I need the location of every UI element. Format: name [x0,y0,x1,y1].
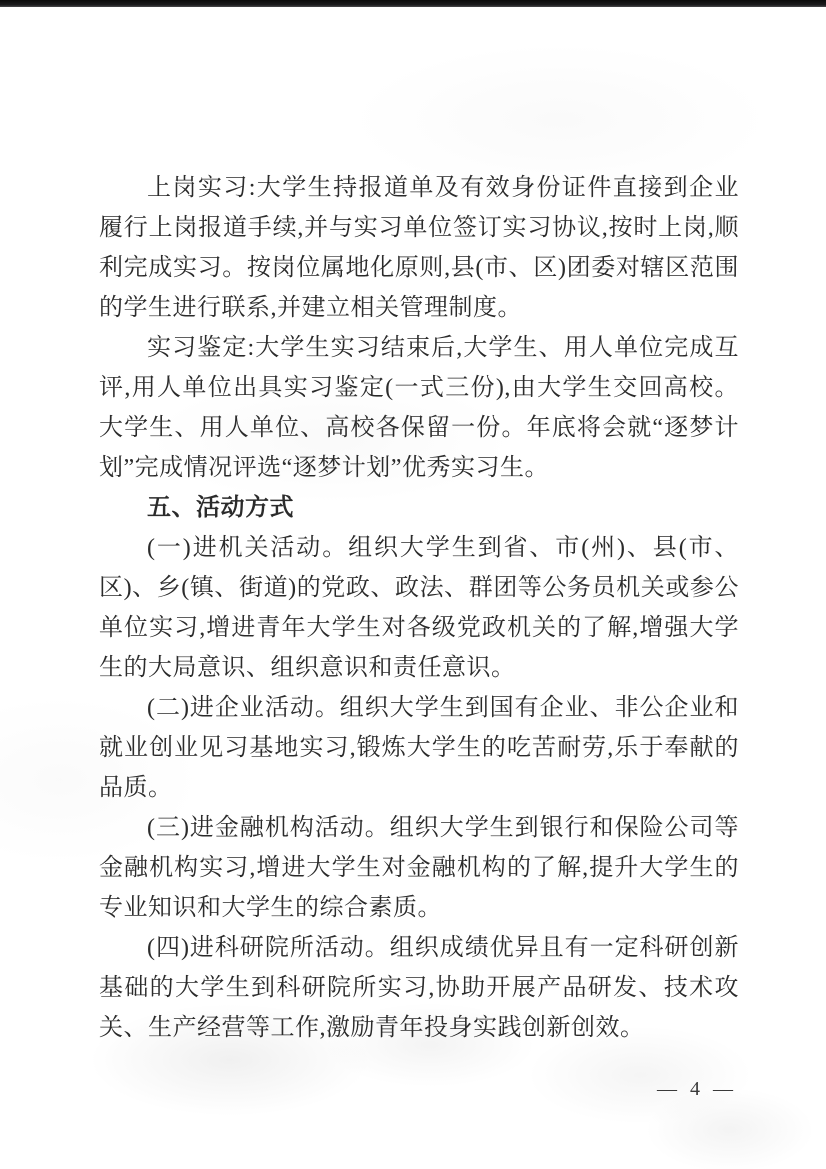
paragraph-item-2-enterprises: (二)进企业活动。组织大学生到国有企业、非公企业和就业创业见习基地实习,锻炼大学… [99,688,739,808]
page-number: — 4 — [657,1078,737,1101]
paragraph-internship-onboarding: 上岗实习:大学生持报道单及有效身份证件直接到企业履行上岗报道手续,并与实习单位签… [99,168,739,328]
document-body: 上岗实习:大学生持报道单及有效身份证件直接到企业履行上岗报道手续,并与实习单位签… [99,168,739,1048]
paragraph-item-3-financial-institutions: (三)进金融机构活动。组织大学生到银行和保险公司等金融机构实习,增进大学生对金融… [99,808,739,928]
section-heading-activity-methods: 五、活动方式 [99,488,739,528]
scan-edge-bar [0,0,826,7]
paragraph-item-4-research-institutes: (四)进科研院所活动。组织成绩优异且有一定科研创新基础的大学生到科研院所实习,协… [99,928,739,1048]
paragraph-internship-appraisal: 实习鉴定:大学生实习结束后,大学生、用人单位完成互评,用人单位出具实习鉴定(一式… [99,328,739,488]
document-page: 上岗实习:大学生持报道单及有效身份证件直接到企业履行上岗报道手续,并与实习单位签… [0,0,826,1169]
paragraph-item-1-government-organs: (一)进机关活动。组织大学生到省、市(州)、县(市、区)、乡(镇、街道)的党政、… [99,528,739,688]
